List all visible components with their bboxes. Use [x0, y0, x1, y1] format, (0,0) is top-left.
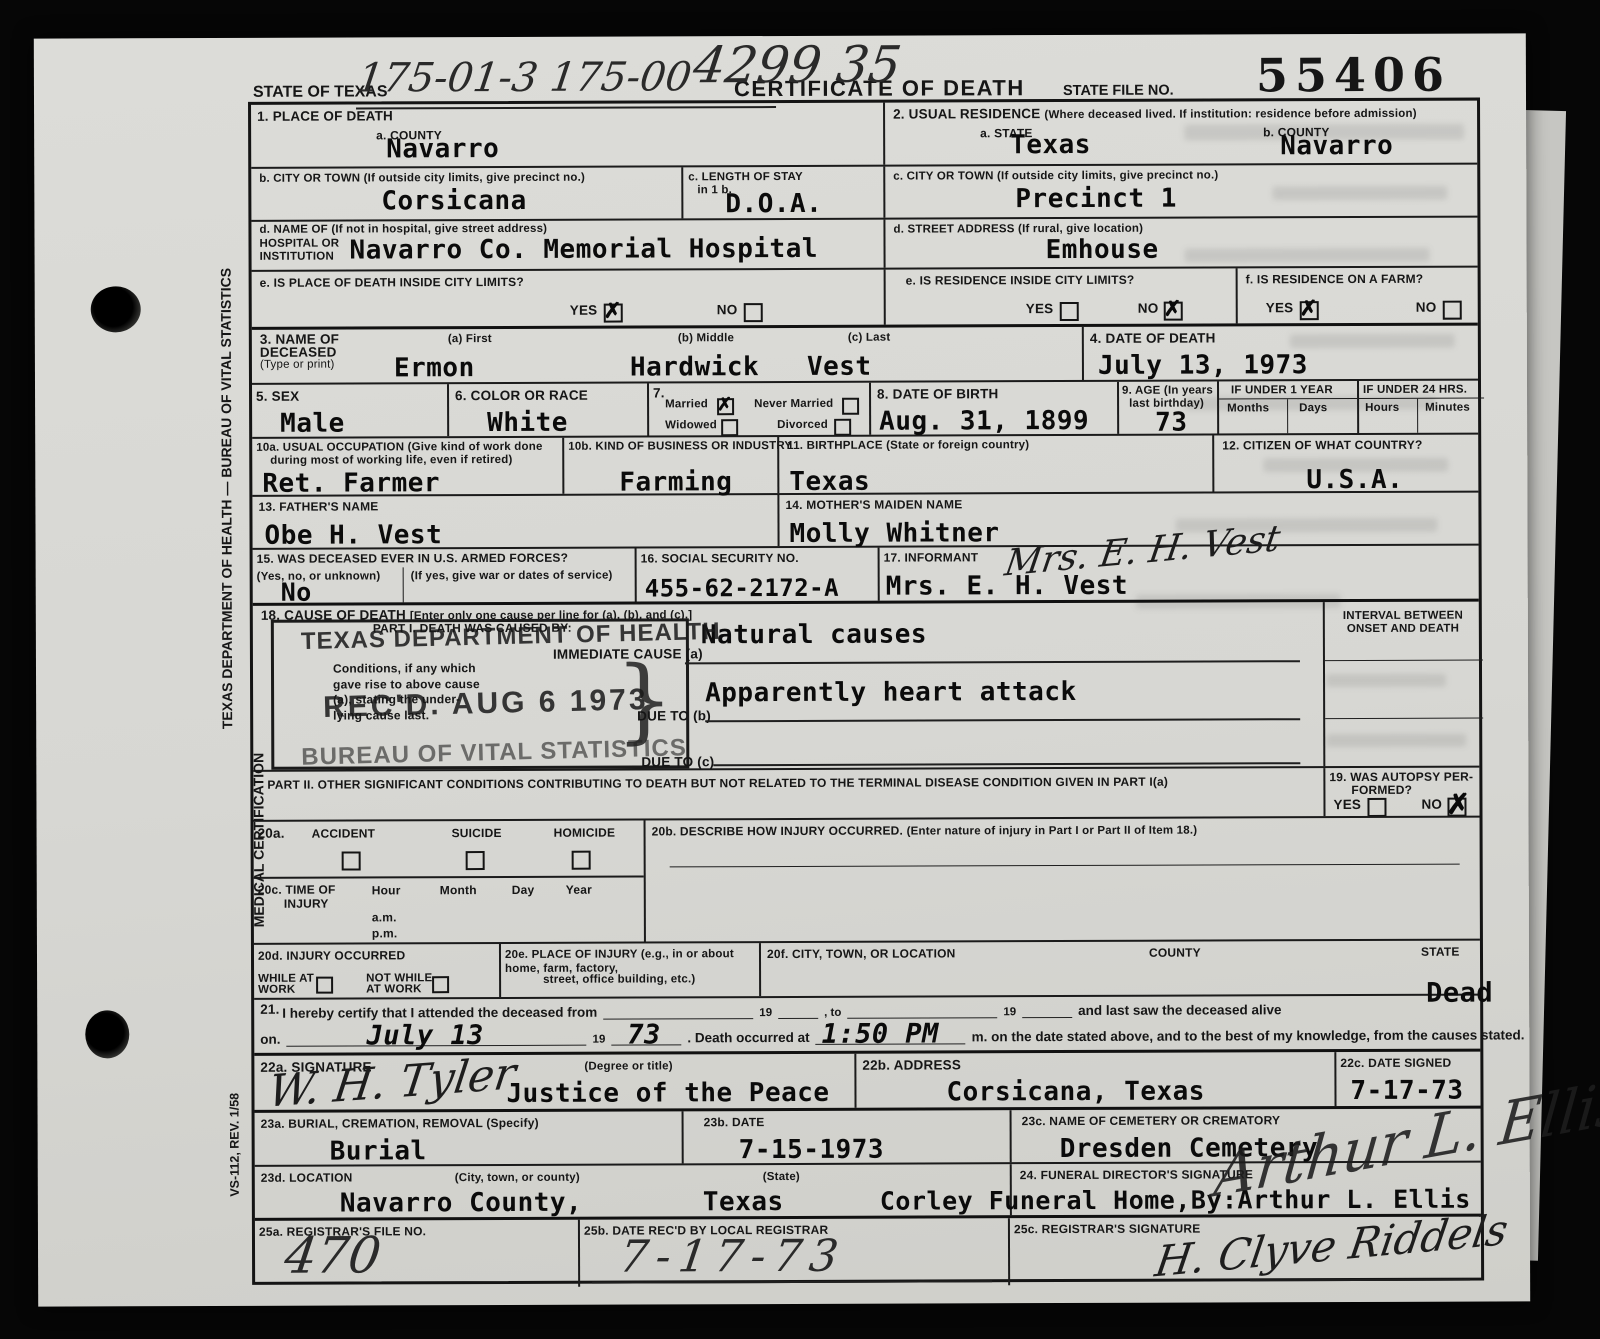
blank-line: 73	[611, 1030, 681, 1045]
margin-dept-label: TEXAS DEPARTMENT OF HEALTH — BUREAU OF V…	[218, 268, 236, 729]
x-mark: ✗	[1300, 296, 1318, 321]
blank-line	[1022, 1003, 1072, 1018]
cell-race: 6. COLOR OR RACE White	[447, 383, 647, 436]
accident-label: ACCIDENT	[312, 826, 376, 840]
street-address-label: d. STREET ADDRESS (If rural, give locati…	[893, 223, 1143, 236]
row-parents: 13. FATHER'S NAME Obe H. Vest 14. MOTHER…	[252, 491, 1478, 548]
mother-value: Molly Whitner	[789, 518, 999, 549]
city-value: Corsicana	[381, 186, 526, 217]
row-location-funeral: 23d. LOCATION (City, town, or county) (S…	[255, 1161, 1481, 1218]
cell-funeral-director: 24. FUNERAL DIRECTOR'S SIGNATURE Arthur …	[1010, 1163, 1487, 1216]
no-label: NO	[717, 302, 738, 317]
injury-occurred-label: 20d. INJURY OCCURRED	[258, 948, 405, 963]
cell-usual-residence: 2. USUAL RESIDENCE (Where deceased lived…	[883, 101, 1483, 165]
city-label: b. CITY OR TOWN (If outside city limits,…	[259, 172, 585, 185]
row-part2-autopsy: PART II. OTHER SIGNIFICANT CONDITIONS CO…	[253, 766, 1479, 820]
certificate-paper: 4299 35 STATE OF TEXAS 175-01-3 175-00 C…	[34, 33, 1530, 1306]
res-limits-label: e. IS RESIDENCE INSIDE CITY LIMITS?	[906, 273, 1135, 288]
citizen-value: U.S.A.	[1306, 465, 1403, 495]
no-label: NO	[1138, 301, 1159, 316]
row-injury-place: 20d. INJURY OCCURRED WHILE AT WORK NOT W…	[254, 939, 1480, 998]
address-label: 22b. ADDRESS	[862, 1057, 961, 1072]
row-occupation: 10a. USUAL OCCUPATION (Give kind of work…	[252, 433, 1478, 495]
describe-injury-text: 20b. DESCRIBE HOW INJURY OCCURRED.	[652, 824, 904, 839]
length-of-stay-label: c. LENGTH OF STAY	[688, 171, 803, 183]
cell-father: 13. FATHER'S NAME Obe H. Vest	[252, 495, 777, 548]
cell-registrar-signature: 25c. REGISTRAR'S SIGNATURE H. Clyve Ridd…	[1008, 1217, 1487, 1286]
time-injury-label-2: INJURY	[284, 897, 329, 911]
hospital-label-text: d. NAME OF	[259, 224, 327, 236]
months-label: Months	[1227, 402, 1269, 414]
ssn-label: 16. SOCIAL SECURITY NO.	[641, 551, 799, 566]
funeral-director-value: Corley Funeral Home,By:Arthur L. Ellis	[880, 1185, 1471, 1216]
registrar-signature-label: 25c. REGISTRAR'S SIGNATURE	[1014, 1222, 1201, 1237]
subgrid-divider	[1417, 399, 1418, 433]
middle-name-value: Hardwick	[630, 352, 759, 382]
blank-line	[778, 1004, 818, 1019]
address-value: Corsicana, Texas	[946, 1077, 1205, 1108]
blank-line	[847, 1003, 997, 1019]
while-at-work-checkbox	[316, 977, 333, 994]
margin-dept-text: TEXAS DEPARTMENT OF HEALTH — BUREAU OF V…	[218, 268, 236, 713]
length-of-stay-value: D.O.A.	[725, 189, 822, 219]
under-24-subgrid: Hours Minutes	[1359, 398, 1484, 433]
year-prefix: 19	[593, 1034, 606, 1046]
interval-label-2: ONSET AND DEATH	[1347, 623, 1459, 635]
last-name-value: Vest	[807, 352, 872, 382]
cell-marital-status: 7. Married ✗ Never Married Widowed Divor…	[647, 383, 869, 436]
armed-forces-label: 15. WAS DECEASED EVER IN U.S. ARMED FORC…	[257, 551, 569, 566]
year-label: Year	[566, 883, 592, 897]
days-label: Days	[1299, 402, 1327, 414]
cell-burial-date: 23b. DATE 7-15-1973	[682, 1110, 1010, 1163]
last-name-label: (c) Last	[848, 332, 891, 344]
middle-name-label: (b) Middle	[678, 332, 734, 344]
row-registrar: 25a. REGISTRAR'S FILE NO. 470 25b. DATE …	[255, 1214, 1481, 1288]
x-mark: ✗	[717, 394, 732, 415]
father-value: Obe H. Vest	[264, 520, 442, 551]
armed-forces-sub-1: (Yes, no, or unknown)	[257, 570, 381, 582]
cell-residence-city-limits: e. IS RESIDENCE INSIDE CITY LIMITS? YES …	[884, 268, 1236, 324]
punch-hole-bottom	[85, 1010, 129, 1058]
res-limits-yes-checkbox	[1060, 302, 1079, 321]
burial-date-label: 23b. DATE	[704, 1115, 765, 1129]
interval-label-1: INTERVAL BETWEEN	[1343, 610, 1463, 622]
immediate-cause-value: Natural causes	[701, 619, 927, 650]
registrar-signature-rule	[1250, 1279, 1470, 1282]
ssn-value: 455-62-2172-A	[645, 574, 839, 603]
margin-medcert-label: MEDICAL CERTIFICATION	[250, 753, 267, 928]
punch-hole-top	[91, 286, 141, 332]
cause-line-a	[685, 660, 1300, 664]
cell-certification: 21. I hereby certify that I attended the…	[254, 996, 1486, 1053]
dead-note: Dead	[1426, 978, 1493, 1009]
certify-tail-text: m. on the date stated above, and to the …	[972, 1027, 1525, 1044]
hour-label: Hour	[372, 883, 401, 897]
never-married-checkbox	[842, 398, 859, 415]
age-value: 73	[1155, 408, 1187, 438]
certificate-form: 1. PLACE OF DEATH a. COUNTY Navarro 2. U…	[248, 98, 1484, 1285]
part2-label: PART II. OTHER SIGNIFICANT CONDITIONS CO…	[267, 775, 1168, 792]
divorced-label: Divorced	[777, 419, 828, 431]
first-name-label: (a) First	[448, 333, 492, 345]
hospital-label-1: d. NAME OF (If not in hospital, give str…	[259, 223, 547, 236]
never-married-label: Never Married	[754, 398, 833, 410]
usual-residence-title: 2. USUAL RESIDENCE (Where deceased lived…	[893, 105, 1417, 122]
married-checkbox: ✗	[717, 398, 734, 415]
farm-no-checkbox	[1443, 301, 1462, 320]
cell-physician-signature: 22a. SIGNATURE (Degree or title) W. H. T…	[254, 1054, 854, 1110]
blank-line: 1:50 PM	[816, 1029, 966, 1045]
under-1-year-label: IF UNDER 1 YEAR	[1231, 384, 1333, 396]
minutes-label: Minutes	[1425, 402, 1470, 414]
state-file-no-label: STATE FILE NO.	[1063, 83, 1174, 99]
location-label: 23d. LOCATION	[261, 1171, 353, 1185]
deceased-title-2: DECEASED	[260, 345, 337, 360]
margin-form-number: VS-112, REV. 1/58	[227, 1093, 242, 1303]
cell-if-under-1-year: IF UNDER 1 YEAR Months Days	[1217, 381, 1357, 433]
not-while-label-2: AT WORK	[366, 983, 422, 995]
death-occurred-text: . Death occurred at	[687, 1030, 809, 1045]
autopsy-yes-checkbox	[1367, 798, 1386, 817]
cell-death-city-limits: e. IS PLACE OF DEATH INSIDE CITY LIMITS?…	[252, 270, 884, 327]
injury-state-label: STATE	[1421, 945, 1460, 959]
interval-line-b	[1325, 718, 1483, 720]
homicide-label: HOMICIDE	[554, 826, 616, 840]
cell-autopsy: 19. WAS AUTOPSY PER- FORMED? YES NO ✗	[1323, 768, 1485, 817]
deceased-title-3: (Type or print)	[260, 359, 335, 371]
row-place-usual-residence: 1. PLACE OF DEATH a. COUNTY Navarro 2. U…	[251, 101, 1477, 167]
armed-forces-value: No	[281, 578, 312, 607]
cell-if-under-24-hrs: IF UNDER 24 HRS. Hours Minutes	[1357, 381, 1484, 433]
cell-describe-injury: 20b. DESCRIBE HOW INJURY OCCURRED. (Ente…	[644, 818, 1486, 876]
cell-residence-farm: f. IS RESIDENCE ON A FARM? YES ✗ NO	[1236, 268, 1484, 324]
sex-label: 5. SEX	[256, 389, 299, 404]
attended-date-value: July 13	[366, 1020, 483, 1051]
under-1-year-subgrid: Months Days	[1219, 398, 1357, 433]
registrar-file-value: 470	[281, 1226, 384, 1284]
date-received-value: 7-17-73	[617, 1231, 850, 1283]
street-address-value: Emhouse	[1045, 235, 1158, 265]
autopsy-no-checkbox: ✗	[1447, 798, 1466, 817]
handwritten-code: 175-01-3 175-00	[355, 54, 695, 101]
death-limits-no-checkbox	[744, 303, 763, 322]
certify-line-2: on.July 131973. Death occurred at1:50 PM…	[260, 1027, 1524, 1046]
cell-part2: PART II. OTHER SIGNIFICANT CONDITIONS CO…	[253, 768, 1323, 820]
cell-date-of-death: 4. DATE OF DEATH July 13, 1973	[1082, 326, 1484, 380]
cell-cause-of-death: 18. CAUSE OF DEATH [Enter only one cause…	[253, 602, 1324, 770]
blank-line	[603, 1004, 753, 1020]
cell-registrar-file: 25a. REGISTRAR'S FILE NO. 470	[255, 1220, 578, 1288]
usual-residence-paren: (Where deceased lived. If institution: r…	[1044, 108, 1416, 121]
cell-industry: 10b. KIND OF BUSINESS OR INDUSTRY Farmin…	[562, 437, 777, 494]
occupation-value: Ret. Farmer	[262, 468, 440, 499]
degree-title-label: (Degree or title)	[584, 1060, 672, 1072]
cell-burial-type: 23a. BURIAL, CREMATION, REMOVAL (Specify…	[255, 1111, 682, 1164]
cell-time-of-injury: 20c. TIME OF INJURY Hour Month Day Year …	[254, 875, 644, 942]
row-certification: 21. I hereby certify that I attended the…	[254, 994, 1480, 1053]
homicide-checkbox	[572, 851, 591, 870]
res-city-label: c. CITY OR TOWN (If outside city limits,…	[893, 169, 1218, 182]
first-name-value: Ermon	[394, 353, 475, 383]
res-limits-no-checkbox: ✗	[1164, 302, 1183, 321]
death-limits-label: e. IS PLACE OF DEATH INSIDE CITY LIMITS?	[260, 275, 524, 290]
due-to-b-value: Apparently heart attack	[705, 677, 1077, 708]
cell-street-address: d. STREET ADDRESS (If rural, give locati…	[883, 218, 1483, 268]
row-signature: 22a. SIGNATURE (Degree or title) W. H. T…	[254, 1049, 1480, 1110]
attended-year-value: 73	[627, 1019, 661, 1050]
cell-interval: INTERVAL BETWEEN ONSET AND DEATH	[1323, 602, 1486, 767]
cause-line-b	[705, 718, 1300, 722]
row-city-limits: e. IS PLACE OF DEATH INSIDE CITY LIMITS?…	[252, 266, 1478, 327]
degree-title-value: Justice of the Peace	[506, 1078, 829, 1109]
interval-line-a	[1325, 660, 1483, 662]
hours-label: Hours	[1365, 402, 1399, 414]
cell-armed-forces: 15. WAS DECEASED EVER IN U.S. ARMED FORC…	[253, 549, 635, 603]
blank-line: July 13	[287, 1031, 587, 1047]
cell-hospital: d. NAME OF (If not in hospital, give str…	[251, 220, 883, 270]
yes-label: YES	[570, 303, 598, 318]
margin-medical-certification: MEDICAL CERTIFICATION	[250, 753, 267, 1013]
injury-blank-line	[670, 864, 1460, 868]
cemetery-label: 23c. NAME OF CEMETERY OR CREMATORY	[1022, 1113, 1281, 1128]
row-accident-injury: 20a. ACCIDENT SUICIDE HOMICIDE 20b. DESC…	[254, 816, 1480, 877]
farm-label: f. IS RESIDENCE ON A FARM?	[1246, 272, 1424, 287]
physician-signature: W. H. Tyler	[265, 1048, 519, 1118]
location-value-county: Navarro County,	[340, 1188, 582, 1219]
death-time-value: 1:50 PM	[822, 1018, 939, 1049]
state-file-number: 55406	[1256, 48, 1451, 103]
industry-label: 10b. KIND OF BUSINESS OR INDUSTRY	[568, 440, 792, 453]
cell-city-of-death: b. CITY OR TOWN (If outside city limits,…	[251, 167, 681, 220]
res-county-value: Navarro	[1280, 131, 1393, 161]
date-signed-label: 22c. DATE SIGNED	[1340, 1056, 1451, 1070]
year-prefix: 19	[1003, 1006, 1016, 1018]
occupation-label-2: during most of working life, even if ret…	[270, 454, 512, 467]
age-label-1: 9. AGE (In years	[1122, 384, 1213, 396]
describe-injury-paren: (Enter nature of injury in Part I or Par…	[907, 825, 1198, 838]
death-limits-yes-checkbox: ✗	[604, 304, 623, 323]
to-text: , to	[824, 1007, 841, 1019]
location-sub-city: (City, town, or county)	[455, 1172, 580, 1184]
occupation-label-1: 10a. USUAL OCCUPATION (Give kind of work…	[256, 441, 542, 454]
location-value-state: Texas	[703, 1187, 784, 1217]
registrar-signature-value: H. Clyve Riddels	[1152, 1205, 1512, 1287]
widowed-label: Widowed	[665, 419, 717, 431]
row-time-of-injury: 20c. TIME OF INJURY Hour Month Day Year …	[254, 873, 1480, 943]
time-injury-label-1: 20c. TIME OF	[258, 883, 336, 897]
subgrid-divider	[1287, 399, 1288, 433]
burial-label: 23a. BURIAL, CREMATION, REMOVAL (Specify…	[261, 1116, 539, 1131]
hospital-value: Navarro Co. Memorial Hospital	[349, 234, 818, 266]
sex-value: Male	[280, 409, 345, 439]
cell-length-of-stay: c. LENGTH OF STAY in 1 b. D.O.A.	[681, 167, 883, 219]
state-value: Texas	[1010, 130, 1091, 160]
cell-occupation: 10a. USUAL OCCUPATION (Give kind of work…	[252, 438, 562, 495]
cell-place-of-death: 1. PLACE OF DEATH a. COUNTY Navarro	[251, 103, 883, 167]
form-number-label: VS-112, REV. 1/58	[227, 1093, 241, 1197]
birthplace-value: Texas	[789, 467, 870, 497]
on-text: on.	[260, 1032, 280, 1047]
row-hospital-address: d. NAME OF (If not in hospital, give str…	[251, 216, 1477, 270]
yes-label: YES	[1333, 797, 1361, 812]
place-of-injury-label-2: street, office building, etc.)	[543, 973, 695, 986]
cell-citizen: 12. CITIZEN OF WHAT COUNTRY? U.S.A.	[1212, 435, 1484, 492]
day-label: Day	[512, 883, 535, 897]
burial-value: Burial	[330, 1136, 427, 1166]
am-label: a.m.	[372, 910, 397, 924]
race-value: White	[487, 408, 568, 438]
alive-text: and last saw the deceased alive	[1078, 1002, 1281, 1018]
cell-age: 9. AGE (In years last birthday) 73	[1117, 381, 1217, 433]
cell-sex: 5. SEX Male	[252, 384, 447, 437]
row-cause-of-death: 18. CAUSE OF DEATH [Enter only one cause…	[253, 599, 1480, 770]
cell-informant: 17. INFORMANT Mrs. E. H. Vest Mrs. E. H.…	[878, 546, 1485, 601]
month-label: Month	[440, 883, 477, 897]
marital-label: 7.	[653, 385, 665, 400]
married-label: Married	[665, 398, 708, 410]
yes-label: YES	[1026, 301, 1054, 316]
pm-label: p.m.	[372, 926, 398, 940]
describe-injury-label: 20b. DESCRIBE HOW INJURY OCCURRED. (Ente…	[652, 823, 1198, 839]
suicide-label: SUICIDE	[452, 826, 502, 840]
cell-injury-blank	[644, 873, 1486, 942]
cell-birthplace: 11. BIRTHPLACE (State or foreign country…	[777, 435, 1212, 493]
handwritten-top-numbers: 4299 35	[690, 36, 905, 95]
cell-date-of-birth: 8. DATE OF BIRTH Aug. 31, 1899	[869, 382, 1117, 435]
place-of-death-title: 1. PLACE OF DEATH	[257, 108, 393, 123]
under-24-hrs-label: IF UNDER 24 HRS.	[1363, 384, 1467, 396]
industry-value: Farming	[619, 467, 732, 497]
not-while-checkbox	[432, 976, 449, 993]
row-city-town: b. CITY OR TOWN (If outside city limits,…	[251, 163, 1477, 220]
injury-county-label: COUNTY	[1149, 946, 1201, 960]
mother-label: 14. MOTHER'S MAIDEN NAME	[785, 497, 962, 512]
date-of-death-value: July 13, 1973	[1098, 350, 1308, 381]
cell-signer-address: 22b. ADDRESS Corsicana, Texas	[854, 1052, 1334, 1108]
injury-city-label: 20f. CITY, TOWN, OR LOCATION	[767, 946, 956, 961]
suicide-checkbox	[466, 851, 485, 870]
autopsy-label-2: FORMED?	[1351, 783, 1412, 797]
hospital-label-3: INSTITUTION	[260, 251, 334, 263]
cell-injury-location: 20f. CITY, TOWN, OR LOCATION COUNTY STAT…	[759, 941, 1486, 997]
cell-name-of-deceased: 3. NAME OF DECEASED (Type or print) (a) …	[252, 327, 1082, 383]
cell-accident-suicide-homicide: 20a. ACCIDENT SUICIDE HOMICIDE	[254, 820, 644, 876]
divorced-checkbox	[834, 419, 851, 436]
birthplace-label: 11. BIRTHPLACE (State or foreign country…	[787, 439, 1029, 452]
burial-date-value: 7-15-1973	[739, 1135, 884, 1166]
date-of-death-label: 4. DATE OF DEATH	[1090, 330, 1216, 345]
location-sub-state: (State)	[763, 1171, 800, 1183]
cell-place-of-injury: 20e. PLACE OF INJURY (e.g., in or about …	[499, 943, 759, 997]
hospital-label-2: HOSPITAL OR	[259, 238, 339, 250]
farm-yes-checkbox: ✗	[1300, 301, 1319, 320]
cell-residence-city: c. CITY OR TOWN (If outside city limits,…	[883, 165, 1483, 218]
x-mark: ✗	[1164, 297, 1182, 322]
county-value: Navarro	[386, 134, 499, 164]
dob-value: Aug. 31, 1899	[879, 406, 1089, 437]
cell-date-received: 25b. DATE REC'D BY LOCAL REGISTRAR 7-17-…	[578, 1218, 1008, 1287]
dob-label: 8. DATE OF BIRTH	[877, 386, 999, 401]
row-sex-race-marital: 5. SEX Male 6. COLOR OR RACE White 7. Ma…	[252, 379, 1478, 437]
race-label: 6. COLOR OR RACE	[455, 388, 588, 403]
usual-residence-text: 2. USUAL RESIDENCE	[893, 106, 1040, 122]
yes-label: YES	[1266, 300, 1294, 315]
certify-line-1: I hereby certify that I attended the dec…	[282, 1002, 1281, 1020]
informant-label: 17. INFORMANT	[884, 550, 979, 564]
row-name-of-deceased: 3. NAME OF DECEASED (Type or print) (a) …	[252, 323, 1478, 383]
armed-forces-sub-2: (If yes, give war or dates of service)	[411, 570, 613, 583]
father-label: 13. FATHER'S NAME	[258, 499, 378, 513]
no-label: NO	[1416, 300, 1437, 315]
citizen-label: 12. CITIZEN OF WHAT COUNTRY?	[1222, 438, 1422, 453]
place-of-injury-label: 20e. PLACE OF INJURY (e.g., in or about …	[505, 947, 755, 977]
cell-divider	[403, 567, 404, 602]
cell-injury-occurred: 20d. INJURY OCCURRED WHILE AT WORK NOT W…	[254, 944, 499, 998]
accident-checkbox	[342, 851, 361, 870]
res-city-value: Precinct 1	[1015, 184, 1177, 215]
cell-ssn: 16. SOCIAL SECURITY NO. 455-62-2172-A	[635, 548, 878, 602]
certify-text: I hereby certify that I attended the dec…	[282, 1005, 597, 1021]
no-label: NO	[1421, 797, 1442, 812]
widowed-checkbox	[721, 419, 738, 436]
row-forces-ssn-informant: 15. WAS DECEASED EVER IN U.S. ARMED FORC…	[253, 544, 1479, 603]
x-mark: ✗	[604, 299, 622, 324]
year-prefix: 19	[759, 1007, 772, 1019]
hospital-paren: (If not in hospital, give street address…	[331, 223, 547, 236]
